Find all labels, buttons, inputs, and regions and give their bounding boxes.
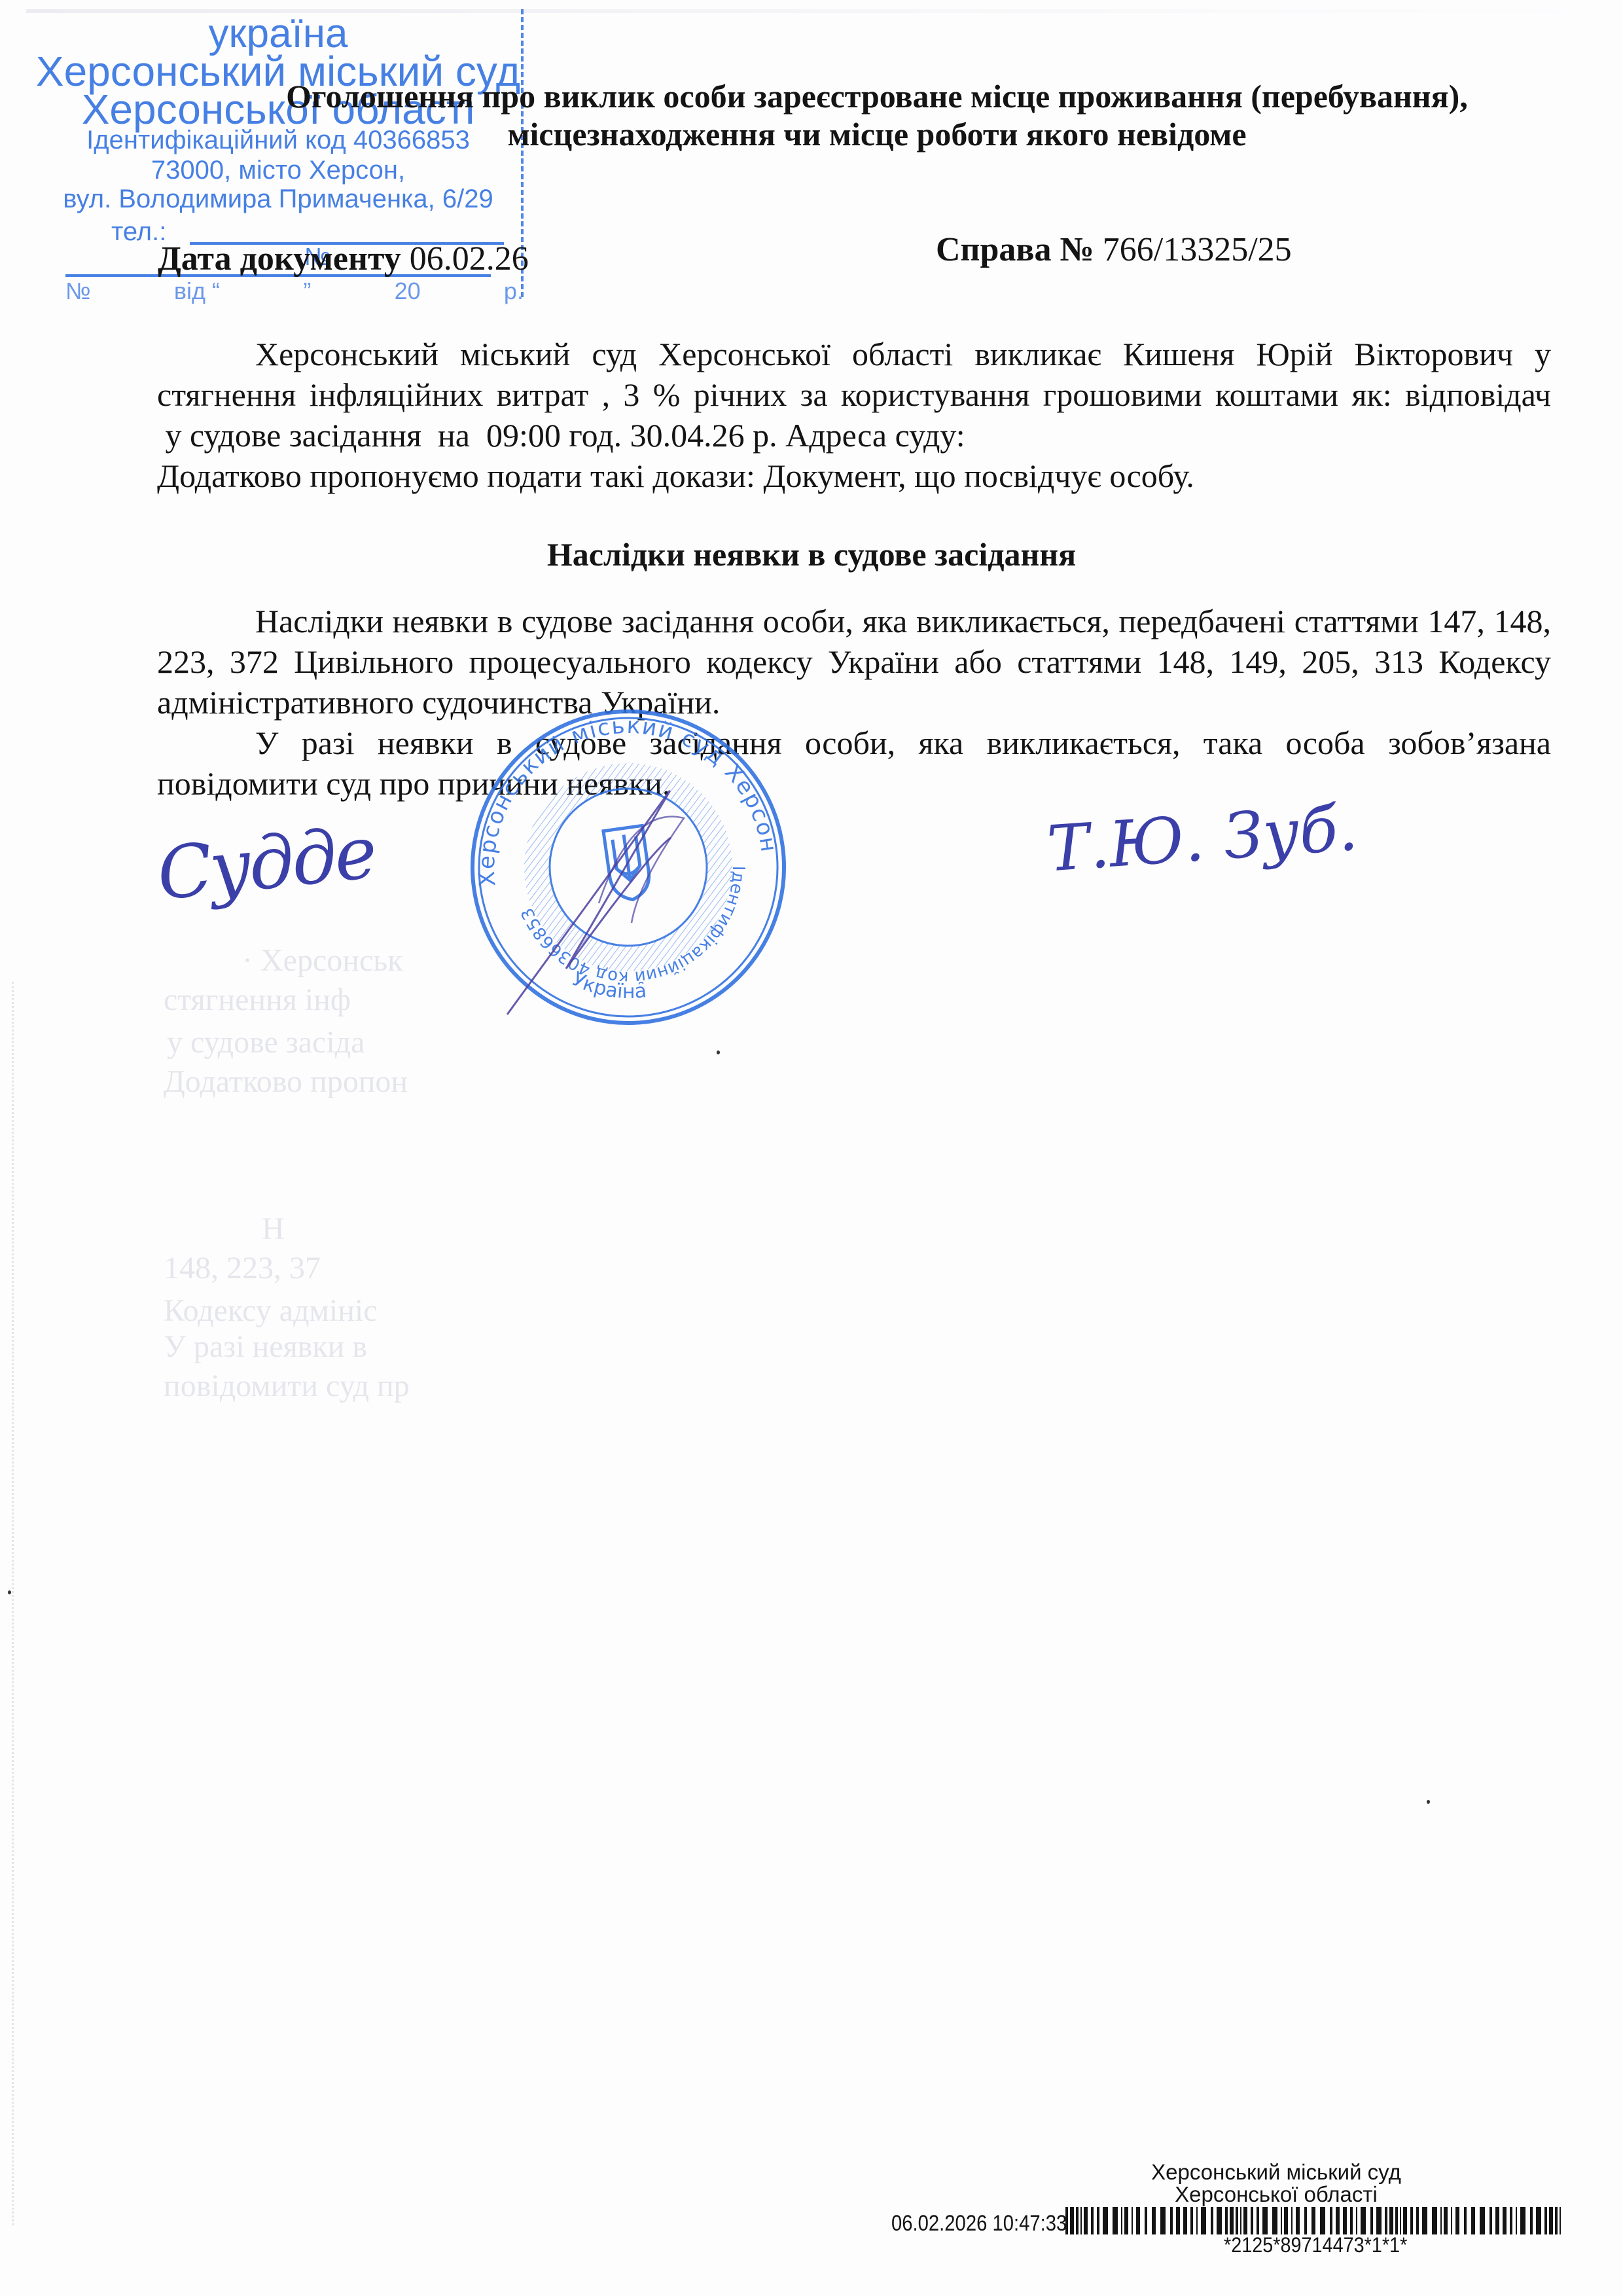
- footer-court-line2: Херсонської області: [1113, 2183, 1440, 2206]
- ghost-line: стягнення інф: [164, 982, 351, 1018]
- ghost-line: Н: [262, 1211, 285, 1247]
- handwritten-judge-signature: Т.Ю. Зуб.: [1045, 791, 1360, 886]
- case-number-value: 766/13325/25: [1103, 231, 1292, 268]
- stamp-from-quote: ”: [303, 278, 311, 305]
- ghost-line: у судове засіда: [167, 1024, 365, 1060]
- summons-line: у судове засідання на 09:00 год. 30.04.2…: [157, 415, 1551, 456]
- barcode-text: *2125*89714473*1*1*: [1224, 2233, 1407, 2257]
- stamp-from-label: від “: [174, 278, 220, 305]
- handwritten-title-signature: Судде: [153, 810, 378, 916]
- footer-timestamp: 06.02.2026 10:47:33: [891, 2211, 1067, 2236]
- document-date: Дата документу 06.02.26: [158, 240, 529, 278]
- barcode-icon: [1065, 2207, 1564, 2234]
- ghost-line: 148, 223, 37: [164, 1250, 321, 1286]
- stamp-from-no: №: [65, 278, 91, 305]
- section-heading: Наслідки неявки в судове засідання: [0, 535, 1623, 573]
- consequences-paragraph: Наслідки неявки в судове засідання особи…: [157, 601, 1551, 723]
- scan-speck: [1427, 1800, 1430, 1804]
- scan-left-edge: [12, 982, 16, 2225]
- ghost-line: · Херсонськ: [242, 942, 402, 978]
- stamp-from-r: р.: [504, 278, 524, 305]
- document-date-label: Дата документу: [158, 240, 401, 278]
- consequences-section: Наслідки неявки в судове засідання особи…: [157, 601, 1551, 804]
- court-seal: Херсонський міський суд Херсонської обла…: [468, 707, 789, 1028]
- stamp-city: 73000, місто Херсон,: [26, 156, 530, 185]
- summons-paragraph: Херсонський міський суд Херсонської обла…: [157, 334, 1551, 496]
- case-number-label: Справа №: [936, 231, 1094, 268]
- summons-line: Додатково пропонуємо подати такі докази:…: [157, 456, 1551, 496]
- ghost-line: У разі неявки в: [164, 1329, 367, 1365]
- summons-line: стягнення інфляційних витрат , 3 % річни…: [157, 374, 1551, 415]
- ghost-line: Додатково пропон: [164, 1064, 408, 1100]
- ghost-line: Кодексу адмініс: [164, 1293, 378, 1329]
- scan-speck: [8, 1590, 11, 1594]
- stamp-from-year: 20: [395, 278, 421, 305]
- ghost-line: повідомити суд пр: [164, 1368, 410, 1404]
- stamp-street: вул. Володимира Примаченка, 6/29: [26, 185, 530, 214]
- document-date-value: 06.02.26: [410, 240, 529, 278]
- footer-court-line1: Херсонський міський суд: [1113, 2161, 1440, 2183]
- summons-line: Херсонський міський суд Херсонської обла…: [157, 334, 1551, 374]
- footer-court-name: Херсонський міський суд Херсонської обла…: [1113, 2161, 1440, 2206]
- document-title: Оголошення про виклик особи зареєстрован…: [249, 77, 1505, 153]
- scan-speck: [717, 1050, 720, 1054]
- stamp-from-row: № від “ ” 20 р.: [65, 278, 524, 305]
- scanned-document-page: · Херсонськ стягнення інф у судове засід…: [0, 0, 1623, 2296]
- case-number: Справа № 766/13325/25: [936, 230, 1292, 269]
